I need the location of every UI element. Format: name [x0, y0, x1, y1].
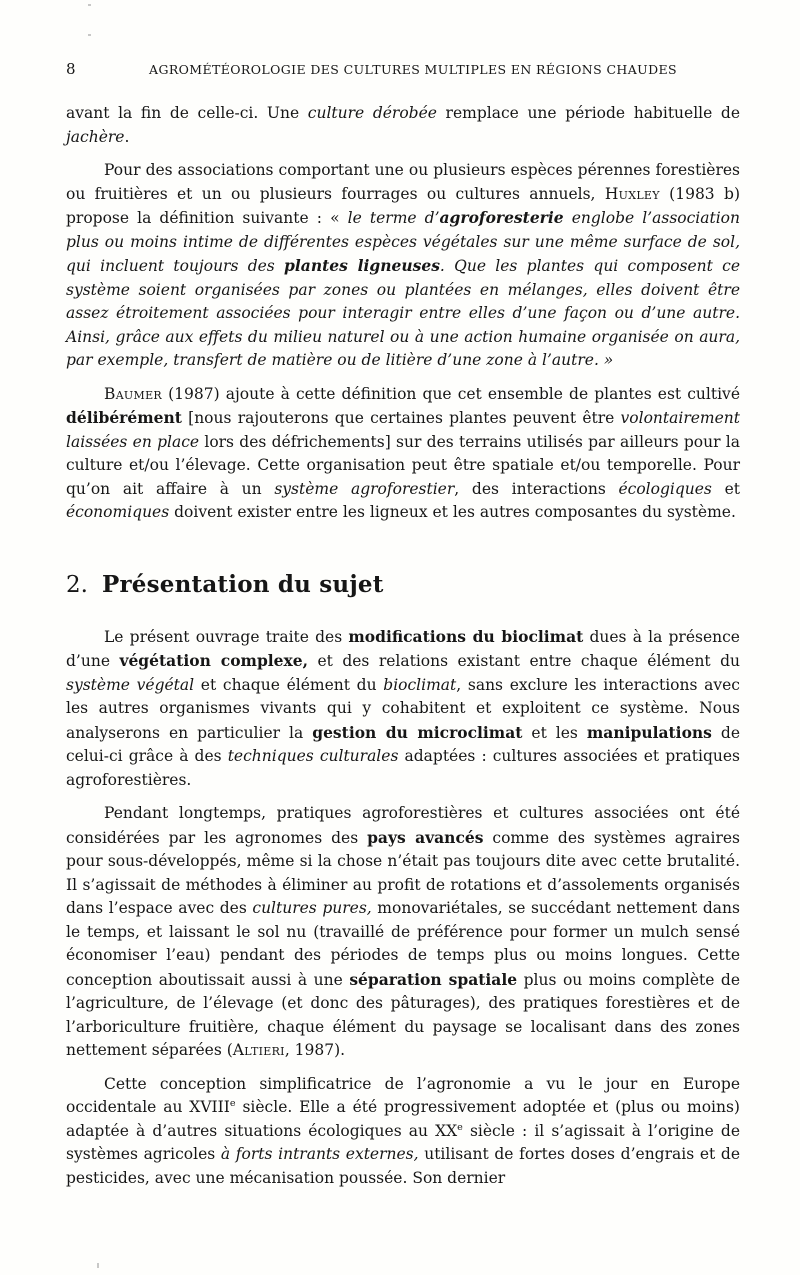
- scan-speck: [88, 4, 91, 6]
- text-run: [nous rajouterons que certaines plantes …: [182, 409, 621, 427]
- text-run: doivent exister entre les ligneux et les…: [169, 503, 736, 521]
- running-header: 8 AGROMÉTÉOROLOGIE DES CULTURES MULTIPLE…: [66, 60, 740, 80]
- para-conception-simplificatrice: Cette conception simplificatrice de l’ag…: [66, 1073, 740, 1191]
- text-run: pays avancés: [367, 828, 483, 847]
- book-page: 8 AGROMÉTÉOROLOGIE DES CULTURES MULTIPLE…: [0, 0, 800, 1275]
- text-run: cultures pures,: [252, 899, 371, 917]
- text-run: remplace une période habituelle de: [437, 104, 740, 122]
- scan-speck: [97, 1263, 99, 1268]
- para-culture-derobee: avant la fin de celle-ci. Une culture dé…: [66, 102, 740, 149]
- text-run: modifications du bioclimat: [348, 627, 583, 646]
- para-definition-baumer: Baumer (1987) ajoute à cette définition …: [66, 383, 740, 525]
- text-run: plantes ligneuses: [284, 256, 440, 275]
- para-presentation-objet: Le présent ouvrage traite des modificati…: [66, 625, 740, 793]
- text-run: et chaque élément du: [194, 676, 383, 694]
- text-run: bioclimat: [383, 676, 456, 694]
- text-run: écologiques: [618, 480, 711, 498]
- text-run: culture dérobée: [308, 104, 437, 122]
- text-run: jachère: [66, 128, 124, 146]
- text-run: Baumer: [104, 385, 162, 403]
- text-run: Altieri: [233, 1041, 285, 1059]
- text-column: 8 AGROMÉTÉOROLOGIE DES CULTURES MULTIPLE…: [66, 60, 740, 1190]
- text-run: Huxley: [605, 185, 660, 203]
- text-run: avant la fin de celle-ci. Une: [66, 104, 308, 122]
- para-pays-avances: Pendant longtemps, pratiques agroforesti…: [66, 802, 740, 1063]
- text-run: agroforesterie: [440, 208, 564, 227]
- text-run: , des interactions: [454, 480, 618, 498]
- text-run: , 1987).: [285, 1041, 345, 1059]
- text-run: (1987) ajoute à cette définition que cet…: [162, 385, 740, 403]
- text-run: le terme d’: [348, 209, 440, 227]
- para-definition-huxley: Pour des associations comportant une ou …: [66, 159, 740, 373]
- text-run: et des relations existant entre chaque é…: [308, 652, 740, 670]
- text-run: à forts intrants externes,: [221, 1145, 419, 1163]
- text-run: et: [712, 480, 740, 498]
- text-run: manipulations: [587, 723, 712, 742]
- page-number: 8: [66, 60, 76, 78]
- text-run: techniques culturales: [228, 747, 399, 765]
- text-run: économiques: [66, 503, 169, 521]
- section-heading: 2.Présentation du sujet: [66, 571, 740, 599]
- section-title: Présentation du sujet: [102, 571, 384, 598]
- running-title: AGROMÉTÉOROLOGIE DES CULTURES MULTIPLES …: [66, 60, 740, 77]
- text-run: système végétal: [66, 676, 194, 694]
- text-run: Le présent ouvrage traite des: [104, 628, 348, 646]
- text-run: gestion du microclimat: [312, 723, 522, 742]
- section-number: 2.: [66, 572, 88, 598]
- text-run: et les: [522, 724, 586, 742]
- text-run: délibérément: [66, 408, 182, 427]
- text-run: végétation complexe,: [119, 651, 308, 670]
- text-run: .: [124, 128, 129, 146]
- scan-speck: [88, 34, 91, 36]
- text-run: système agroforestier: [274, 480, 454, 498]
- text-run: séparation spatiale: [349, 970, 517, 989]
